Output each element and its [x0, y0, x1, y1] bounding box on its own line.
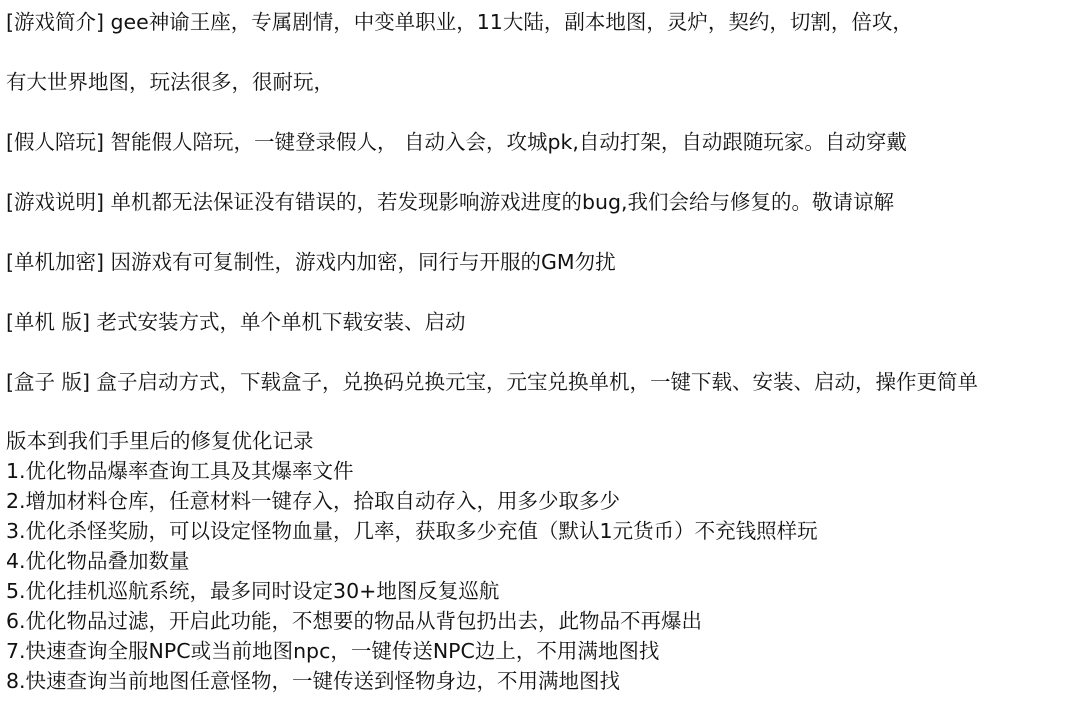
section-text: 因游戏有可复制性，游戏内加密，同行与开服的GM勿扰 — [104, 250, 616, 274]
section-text: 有大世界地图，玩法很多，很耐玩， — [6, 70, 334, 94]
section-text: 盒子启动方式，下载盒子，兑换码兑换元宝，元宝兑换单机，一键下载、安装、启动，操作… — [90, 370, 978, 394]
section-tag: [游戏说明] — [6, 190, 104, 214]
section-encryption: [单机加密] 因游戏有可复制性，游戏内加密，同行与开服的GM勿扰 — [6, 247, 616, 277]
changelog-item: 6.优化物品过滤，开启此功能，不想要的物品从背包扔出去，此物品不再爆出 — [6, 606, 702, 636]
section-tag: [游戏简介] — [6, 10, 104, 34]
section-text: 老式安装方式，单个单机下载安装、启动 — [90, 310, 466, 334]
section-tag: [单机加密] — [6, 250, 104, 274]
changelog-item: 8.快速查询当前地图任意怪物，一键传送到怪物身边，不用满地图找 — [6, 666, 620, 696]
changelog-item: 3.优化杀怪奖励，可以设定怪物血量，几率，获取多少充值（默认1元货币）不充钱照样… — [6, 516, 818, 546]
section-text: 单机都无法保证没有错误的，若发现影响游戏进度的bug,我们会给与修复的。敬请谅解 — [104, 190, 894, 214]
changelog-item: 7.快速查询全服NPC或当前地图npc，一键传送NPC边上，不用满地图找 — [6, 636, 659, 666]
section-text: 智能假人陪玩，一键登录假人， 自动入会，攻城pk,自动打架，自动跟随玩家。自动穿… — [104, 130, 907, 154]
section-game-notes: [游戏说明] 单机都无法保证没有错误的，若发现影响游戏进度的bug,我们会给与修… — [6, 187, 894, 217]
section-tag: [盒子 版] — [6, 370, 90, 394]
section-standalone-version: [单机 版] 老式安装方式，单个单机下载安装、启动 — [6, 307, 466, 337]
section-tag: [单机 版] — [6, 310, 90, 334]
section-game-intro-continued: 有大世界地图，玩法很多，很耐玩， — [6, 67, 334, 97]
section-text: gee神谕王座，专属剧情，中变单职业，11大陆，副本地图，灵炉，契约，切割，倍攻… — [104, 10, 913, 34]
section-game-intro: [游戏简介] gee神谕王座，专属剧情，中变单职业，11大陆，副本地图，灵炉，契… — [6, 7, 913, 37]
section-box-version: [盒子 版] 盒子启动方式，下载盒子，兑换码兑换元宝，元宝兑换单机，一键下载、安… — [6, 367, 978, 397]
changelog-item: 5.优化挂机巡航系统，最多同时设定30+地图反复巡航 — [6, 576, 499, 606]
changelog-item: 4.优化物品叠加数量 — [6, 546, 190, 576]
changelog-title: 版本到我们手里后的修复优化记录 — [6, 426, 314, 456]
changelog-item: 1.优化物品爆率查询工具及其爆率文件 — [6, 456, 354, 486]
section-bot-companion: [假人陪玩] 智能假人陪玩，一键登录假人， 自动入会，攻城pk,自动打架，自动跟… — [6, 127, 907, 157]
section-tag: [假人陪玩] — [6, 130, 104, 154]
changelog-item: 2.增加材料仓库，任意材料一键存入，拾取自动存入，用多少取多少 — [6, 486, 620, 516]
